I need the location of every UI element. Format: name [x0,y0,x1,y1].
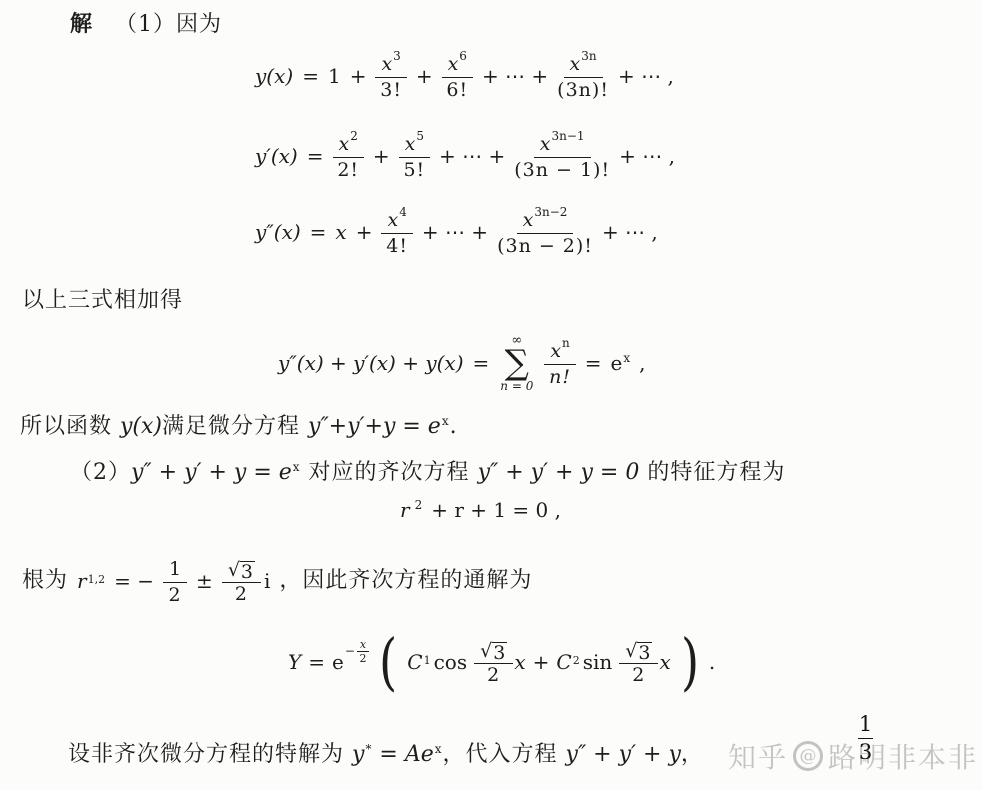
fraction-numerator: x3n [564,53,603,78]
equation-sum-exponential: y″(x) + y′(x) + y(x) = ∞ ∑ n = 0 xn n! =… [278,330,646,396]
imaginary-unit: i [264,569,270,593]
zhihu-logo-icon: @ [793,741,823,771]
fraction-denominator: (3n − 1)! [514,158,610,180]
fraction-bar [858,738,873,739]
paragraph-conclusion-ode: 所以函数 y(x)满足微分方程 y″+y′+y = ex. [20,412,458,442]
watermark-brand: 知乎 [728,736,788,776]
math-var: x [339,135,350,154]
euler-e: e [332,650,344,674]
sin-function: sin [583,650,613,674]
text-mid: 满足微分方程 [162,414,308,439]
minus-sign: − [345,644,355,658]
math-inline: y″ + y′ + y [566,742,681,767]
ellipsis-tail: + ⋯ , [618,64,674,88]
radicand: 3 [637,642,652,663]
fraction-denominator: (3n)! [557,78,609,100]
math-var: C [556,650,571,674]
plus-minus-sign: ± [196,569,213,593]
equals-sign: = [307,144,324,168]
fraction: x6 6! [442,53,473,100]
math-var: y [352,742,364,767]
solution-label: 解 [70,11,93,37]
math-inline: y″+y′+y = e [308,414,441,439]
equals-sign: = [473,351,490,375]
fraction-denominator: n! [549,365,571,387]
fraction-denominator: 3! [380,78,402,100]
math-term: x [335,220,346,244]
text-tail: ，因此齐次方程的通解为 [279,566,532,596]
math-term: ex [611,351,631,375]
sigma-icon: ∑ [505,347,529,379]
math-exponent: x [293,460,301,474]
equation-y-double-prime-series: y″(x) = x + x4 4! + ⋯ + x3n−2 (3n − 2)! … [255,200,658,264]
text-tail: 的特征方程为 [639,460,785,485]
case2-number: （2） [70,460,131,485]
fraction-numerator: x2 [333,133,364,158]
ellipsis-terms: + ⋯ + [482,64,548,88]
case1-intro: （1）因为 [115,12,222,37]
fraction-denominator: 2 [474,663,513,685]
solution-heading: 解 （1）因为 [70,10,222,40]
fraction-denominator: 4! [386,234,408,256]
fraction-denominator: 2 [359,652,366,664]
text-mid: 对应的齐次方程 [301,460,478,485]
textbook-page: { "content": { "para1": { "label": "解", … [0,0,982,790]
text-pre: 设非齐次微分方程的特解为 [68,742,352,767]
math-var: x [550,342,561,361]
fraction-denominator: 3 [859,741,872,764]
radicand: 3 [240,561,255,582]
fraction-denominator: 2! [337,158,359,180]
equation-characteristic: r2 + r + 1 = 0 , [400,498,561,522]
plus-sign: + [356,220,373,244]
math-var: x [405,135,416,154]
equation-y-prime-series: y′(x) = x2 2! + x5 5! + ⋯ + x3n−1 (3n − … [255,124,675,188]
math-exponent: 6 [459,50,467,62]
math-lhs: y(x) [255,64,293,88]
math-exponent: n [562,337,570,349]
period: . [709,650,715,674]
fraction: x3n−1 (3n − 1)! [514,133,610,180]
text-pre: 根为 [22,566,68,596]
fraction-numerator: x3 [375,53,406,78]
plus-sign: + [350,64,367,88]
comma: , [639,351,645,375]
equals-sign: = [585,351,602,375]
fraction: xn n! [544,340,575,387]
paragraph-case2: （2）y″ + y′ + y = ex 对应的齐次方程 y″ + y′ + y … [70,458,785,488]
math-var: x [381,55,392,74]
math-var: x [514,650,525,674]
fraction-numerator: 1 [859,713,872,736]
fraction-numerator: xn [544,340,575,365]
paragraph-sum-three: 以上三式相加得 [22,286,183,316]
math-inline: y(x) [120,414,162,439]
plus-sign: + [533,650,550,674]
fraction-numerator: √3 [222,559,261,582]
fraction-numerator: x5 [399,133,430,158]
ellipsis-tail: + ⋯ , [619,144,675,168]
fraction: 1 2 [163,558,187,605]
fraction: x3n−2 (3n − 2)! [497,209,593,256]
fraction-one-third: 1 3 [858,713,873,764]
math-lhs: y′(x) [255,144,298,168]
fraction-numerator: √3 [619,640,658,663]
math-var: x [523,211,534,230]
math-exponent: 3n−2 [534,206,567,218]
equals-sign: = [310,220,327,244]
fraction-denominator: 6! [446,78,468,100]
math-rest: + r + 1 = 0 , [431,498,561,522]
exponential-term: e − x 2 [332,650,369,675]
fraction: √3 2 [619,640,658,685]
euler-e: e [611,351,623,375]
math-exponent: 4 [399,206,407,218]
radical-icon: √ [625,642,637,661]
math-var: r [77,569,87,593]
ellipsis-tail: + ⋯ , [602,220,658,244]
fraction-denominator: (3n − 2)! [497,234,593,256]
summation-lower-limit: n = 0 [500,380,533,392]
math-inline: y″ + y′ + y = e [131,460,292,485]
ellipsis-terms: + ⋯ + [439,144,505,168]
exponent-group: − x 2 [345,639,369,664]
mini-fraction: x 2 [357,639,369,664]
fraction-numerator: x6 [442,53,473,78]
fraction: x2 2! [333,133,364,180]
math-exponent: x [442,414,450,428]
fraction-numerator: x [357,639,369,652]
fraction-numerator: √3 [474,640,513,663]
plus-sign: + [416,64,433,88]
math-var: Y [288,650,301,674]
fraction-numerator: x3n−1 [534,133,591,158]
math-var: x [570,55,581,74]
math-term: 1 [328,64,341,88]
equals-sign: = [302,64,319,88]
fraction: x4 4! [381,209,412,256]
equals-sign: = [308,650,325,674]
paragraph-roots: 根为 r1,2 = − 1 2 ± √3 2 i ，因此齐次方程的通解为 [22,548,532,614]
math-subscript: 1 [424,655,431,679]
radicand: 3 [492,642,507,663]
text-mid: ，代入方程 [443,742,566,767]
watermark-username: 路明非本非 [828,736,978,776]
math-var: x [448,55,459,74]
math-var: r [400,498,410,522]
text-pre: 所以函数 [20,414,120,439]
fraction: √3 2 [222,559,261,604]
math-var: x [540,135,551,154]
plus-sign: + [373,144,390,168]
fraction-numerator: 1 [163,558,187,583]
math-inline: y″ + y′ + y = 0 [478,460,640,485]
math-var: C [407,650,422,674]
math-term: r1,2 [77,569,105,593]
math-term: C1 [407,650,430,674]
fraction: x3 3! [375,53,406,100]
math-subscript: 2 [573,655,580,679]
zhihu-watermark: 知乎 @ 路明非本非 [728,736,978,776]
math-subscript: 1,2 [88,574,106,598]
math-exponent: 5 [416,130,424,142]
math-inline: = Ae [372,742,433,767]
math-exponent: 3n−1 [551,130,584,142]
math-lhs: y″(x) [255,220,301,244]
math-lhs: y″(x) + y′(x) + y(x) [278,351,464,375]
math-exponent: 2 [415,499,423,511]
equation-general-solution: Y = e − x 2 ( C1 cos √3 2 x + C2 sin √3 … [288,622,715,702]
ellipsis-terms: + ⋯ + [422,220,488,244]
fraction-denominator: 2 [222,582,261,604]
math-exponent: 2 [350,130,358,142]
at-sign: @ [800,746,817,766]
math-exponent: x [435,742,443,756]
fraction-numerator: x4 [381,209,412,234]
equals-minus: = − [114,569,154,593]
fraction-denominator: 2 [168,583,181,605]
fraction-numerator: x3n−2 [517,209,574,234]
comma: ， [681,742,704,767]
math-term: C2 [556,650,579,674]
paragraph-particular-solution: 设非齐次微分方程的特解为 y* = Aex，代入方程 y″ + y′ + y， [68,740,704,770]
fraction: √3 2 [474,640,513,685]
fraction: x3n (3n)! [557,53,609,100]
radical-icon: √ [480,642,492,661]
fraction-denominator: 2 [619,663,658,685]
math-exponent: x [623,351,630,365]
math-var: x [387,211,398,230]
math-exponent: 3 [393,50,401,62]
summation-symbol: ∞ ∑ n = 0 [500,334,533,391]
fraction-denominator: 5! [403,158,425,180]
radical-icon: √ [228,561,240,580]
period: . [450,414,458,439]
math-var: x [659,650,670,674]
cos-function: cos [434,650,468,674]
math-exponent: 3n [581,50,596,62]
fraction: x5 5! [399,133,430,180]
equation-y-series: y(x) = 1 + x3 3! + x6 6! + ⋯ + x3n (3n)!… [255,44,674,108]
